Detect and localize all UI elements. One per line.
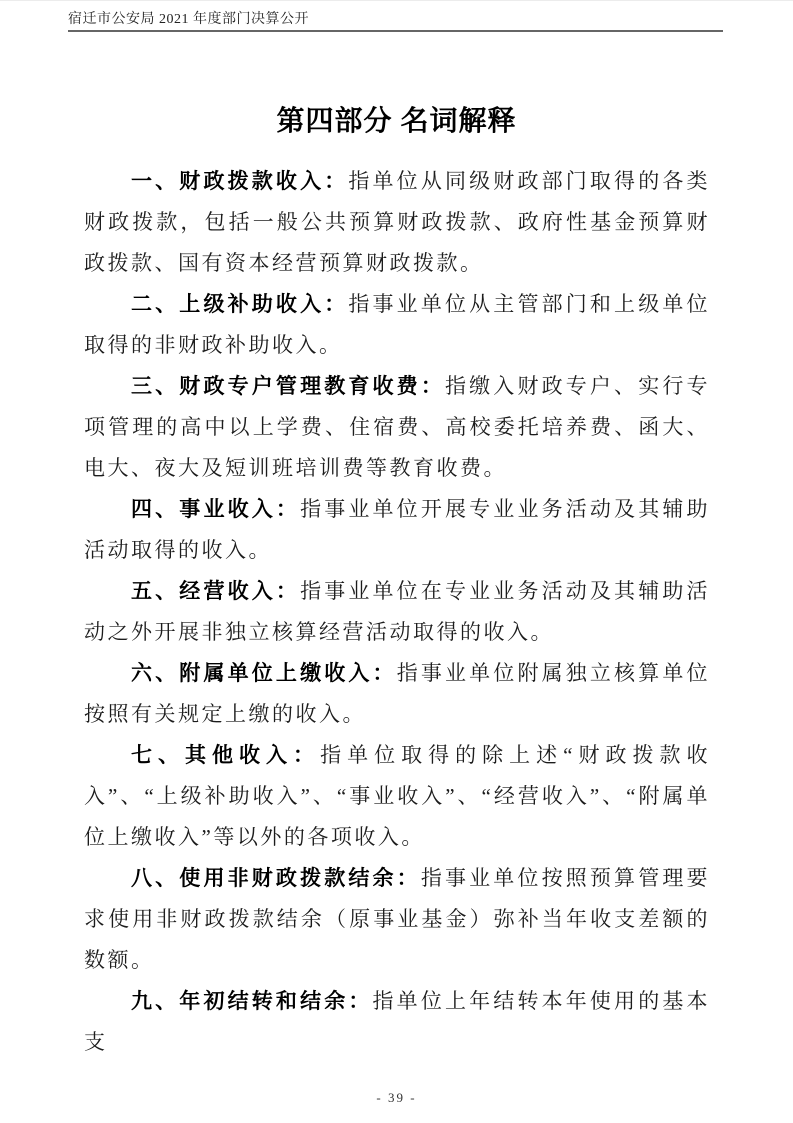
glossary-term: 四、事业收入： <box>131 497 300 521</box>
glossary-entry: 九、年初结转和结余：指单位上年结转本年使用的基本支 <box>84 981 710 1063</box>
glossary-term: 七、其他收入： <box>131 743 320 767</box>
running-header: 宿迁市公安局 2021 年度部门决算公开 <box>68 1 723 32</box>
glossary-entry: 四、事业收入：指事业单位开展专业业务活动及其辅助活动取得的收入。 <box>84 489 710 571</box>
glossary-entry: 七、其他收入：指单位取得的除上述“财政拨款收入”、“上级补助收入”、“事业收入”… <box>84 735 710 858</box>
glossary-term: 九、年初结转和结余： <box>131 989 373 1013</box>
header-divider <box>68 30 723 32</box>
page-number: - 39 - <box>0 1090 793 1106</box>
glossary-entry: 三、财政专户管理教育收费：指缴入财政专户、实行专项管理的高中以上学费、住宿费、高… <box>84 366 710 489</box>
glossary-term: 五、经营收入： <box>131 579 300 603</box>
glossary: 一、财政拨款收入：指单位从同级财政部门取得的各类财政拨款，包括一般公共预算财政拨… <box>84 161 710 1063</box>
page-title: 第四部分 名词解释 <box>0 99 793 139</box>
glossary-term: 六、附属单位上缴收入： <box>131 661 397 685</box>
glossary-term: 三、财政专户管理教育收费： <box>131 374 445 398</box>
running-header-title: 宿迁市公安局 2021 年度部门决算公开 <box>68 12 723 28</box>
glossary-entry: 一、财政拨款收入：指单位从同级财政部门取得的各类财政拨款，包括一般公共预算财政拨… <box>84 161 710 284</box>
glossary-entry: 二、上级补助收入：指事业单位从主管部门和上级单位取得的非财政补助收入。 <box>84 284 710 366</box>
glossary-entry: 五、经营收入：指事业单位在专业业务活动及其辅助活动之外开展非独立核算经营活动取得… <box>84 571 710 653</box>
glossary-term: 一、财政拨款收入： <box>131 169 348 193</box>
document-page: 宿迁市公安局 2021 年度部门决算公开 第四部分 名词解释 一、财政拨款收入：… <box>0 0 793 1123</box>
glossary-term: 二、上级补助收入： <box>131 292 348 316</box>
glossary-entry: 六、附属单位上缴收入：指事业单位附属独立核算单位按照有关规定上缴的收入。 <box>84 653 710 735</box>
glossary-term: 八、使用非财政拨款结余： <box>131 866 421 890</box>
glossary-entry: 八、使用非财政拨款结余：指事业单位按照预算管理要求使用非财政拨款结余（原事业基金… <box>84 858 710 981</box>
